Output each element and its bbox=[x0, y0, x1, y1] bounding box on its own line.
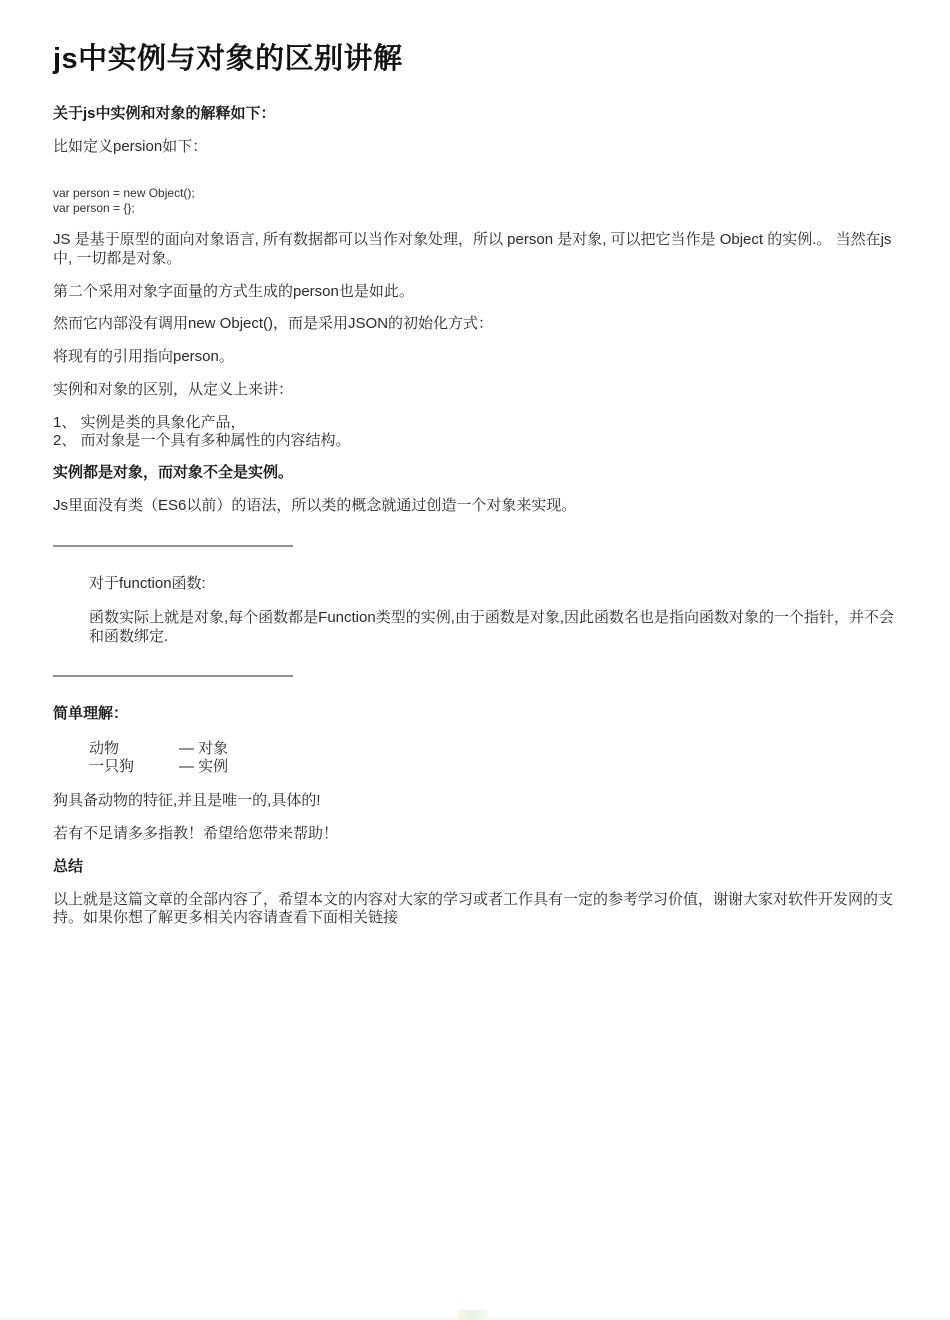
page-title: js中实例与对象的区别讲解 bbox=[53, 42, 897, 77]
code-snippet: var person = new Object(); var person = … bbox=[53, 186, 897, 215]
code-line-1: var person = new Object(); bbox=[53, 186, 195, 200]
paragraph-reference: 将现有的引用指向person。 bbox=[53, 348, 897, 367]
intro-heading: 关于js中实例和对象的解释如下： bbox=[53, 105, 897, 124]
page-bottom-artifact bbox=[458, 1310, 488, 1320]
analogy-block: 动物 — 对象 一只狗 — 实例 bbox=[89, 740, 897, 777]
paragraph-difference-intro: 实例和对象的区别，从定义上来讲： bbox=[53, 381, 897, 400]
simple-understanding-heading: 简单理解： bbox=[53, 705, 897, 724]
paragraph-object-literal: 第二个采用对象字面量的方式生成的person也是如此。 bbox=[53, 283, 897, 302]
function-note-body: 函数实际上就是对象,每个函数都是Function类型的实例,由于函数是对象,因此… bbox=[89, 609, 897, 646]
paragraph-js-basis: JS 是基于原型的面向对象语言, 所有数据都可以当作对象处理，所以 person… bbox=[53, 231, 897, 269]
function-note-heading: 对于function函数: bbox=[89, 575, 897, 594]
summary-heading: 总结 bbox=[53, 858, 897, 877]
intro-line: 比如定义persion如下： bbox=[53, 138, 897, 157]
code-line-2: var person = {}; bbox=[53, 201, 135, 215]
paragraph-dog-traits: 狗具备动物的特征,并且是唯一的,具体的! bbox=[53, 792, 897, 811]
list-item-2: 2、 而对象是一个具有多种属性的内容结构。 bbox=[53, 432, 897, 450]
emphasis-line: 实例都是对象，而对象不全是实例。 bbox=[53, 464, 897, 483]
paragraph-summary: 以上就是这篇文章的全部内容了，希望本文的内容对大家的学习或者工作具有一定的参考学… bbox=[53, 891, 897, 929]
analogy-line-animal: 动物 — 对象 bbox=[89, 740, 897, 758]
definition-list: 1、 实例是类的具象化产品， 2、 而对象是一个具有多种属性的内容结构。 bbox=[53, 414, 897, 451]
function-note-block: 对于function函数: 函数实际上就是对象,每个函数都是Function类型… bbox=[89, 575, 897, 646]
paragraph-feedback: 若有不足请多多指教！希望给您带来帮助！ bbox=[53, 825, 897, 844]
article-page: js中实例与对象的区别讲解 关于js中实例和对象的解释如下： 比如定义persi… bbox=[0, 0, 950, 928]
paragraph-no-class: Js里面没有类（ES6以前）的语法，所以类的概念就通过创造一个对象来实现。 bbox=[53, 497, 897, 516]
analogy-line-dog: 一只狗 — 实例 bbox=[89, 758, 897, 776]
paragraph-json-init: 然而它内部没有调用new Object()，而是采用JSON的初始化方式： bbox=[53, 315, 897, 334]
dash-separator-top: ———————————————— bbox=[53, 537, 897, 554]
dash-separator-bottom: ———————————————— bbox=[53, 667, 897, 684]
list-item-1: 1、 实例是类的具象化产品， bbox=[53, 414, 897, 432]
